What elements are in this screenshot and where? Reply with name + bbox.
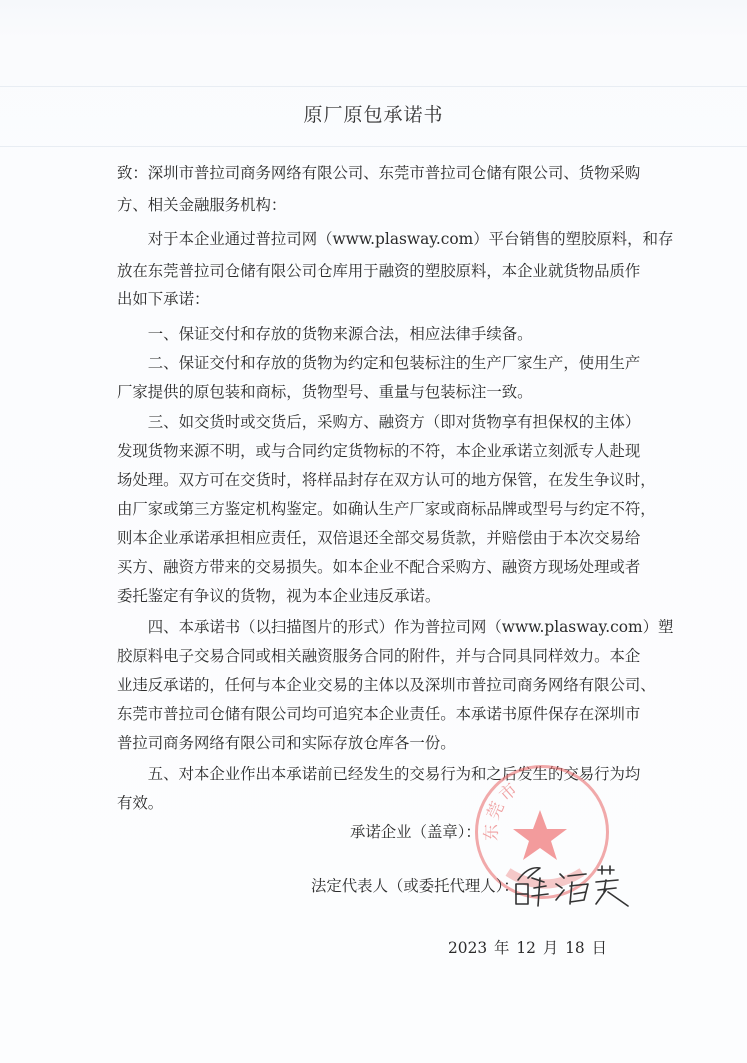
body-line: 二、保证交付和存放的货物为约定和包装标注的生产厂家生产，使用生产 <box>117 353 640 373</box>
signature-icon <box>510 860 630 910</box>
body-line: 则本企业承诺承担相应责任，双倍退还全部交易货款，并赔偿由于本次交易给 <box>117 528 640 548</box>
legal-representative-label: 法定代表人（或委托代理人）： <box>311 876 519 896</box>
body-line: 厂家提供的原包装和商标，货物型号、重量与包装标注一致。 <box>117 382 533 402</box>
body-line: 一、保证交付和存放的货物来源合法，相应法律手续备。 <box>117 324 533 344</box>
document-date: 2023 年 12 月 18 日 <box>448 936 607 958</box>
body-line: 对于本企业通过普拉司网（www.plasway.com）平台销售的塑胶原料，和存 <box>117 229 673 249</box>
body-line: 委托鉴定有争议的货物，视为本企业违反承诺。 <box>117 586 440 606</box>
body-line: 东莞市普拉司仓储有限公司均可追究本企业责任。本承诺书原件保存在深圳市 <box>117 704 640 724</box>
body-line: 胶原料电子交易合同或相关融资服务合同的附件，并与合同具同样效力。本企 <box>117 646 640 666</box>
body-line: 发现货物来源不明，或与合同约定货物标的不符，本企业承诺立刻派专人赴现 <box>117 441 640 461</box>
body-line: 由厂家或第三方鉴定机构鉴定。如确认生产厂家或商标品牌或型号与约定不符， <box>117 499 656 519</box>
body-line: 致：深圳市普拉司商务网络有限公司、东莞市普拉司仓储有限公司、货物采购 <box>117 163 640 183</box>
body-line: 场处理。双方可在交货时，将样品封存在双方认可的地方保管，在发生争议时， <box>117 470 656 490</box>
company-seal-label: 承诺企业（盖章）： <box>350 822 481 842</box>
scan-artifact-line <box>0 86 747 87</box>
body-line: 三、如交货时或交货后，采购方、融资方（即对货物享有担保权的主体） <box>117 412 640 432</box>
body-line: 出如下承诺： <box>117 289 209 309</box>
scan-artifact-line <box>0 146 747 147</box>
body-line: 买方、融资方带来的交易损失。如本企业不配合采购方、融资方现场处理或者 <box>117 557 640 577</box>
body-line: 普拉司商务网络有限公司和实际存放仓库各一份。 <box>117 733 456 753</box>
body-line: 放在东莞普拉司仓储有限公司仓库用于融资的塑胶原料，本企业就货物品质作 <box>117 261 640 281</box>
body-line: 有效。 <box>117 793 163 813</box>
scanned-document-page: 原厂原包承诺书 致：深圳市普拉司商务网络有限公司、东莞市普拉司仓储有限公司、货物… <box>0 0 747 1063</box>
handwritten-signature <box>510 860 630 914</box>
body-line: 业违反承诺的，任何与本企业交易的主体以及深圳市普拉司商务网络有限公司、 <box>117 675 656 695</box>
body-line: 方、相关金融服务机构： <box>117 195 286 215</box>
document-title: 原厂原包承诺书 <box>0 100 747 127</box>
body-line: 四、本承诺书（以扫描图片的形式）作为普拉司网（www.plasway.com）塑 <box>117 617 673 637</box>
